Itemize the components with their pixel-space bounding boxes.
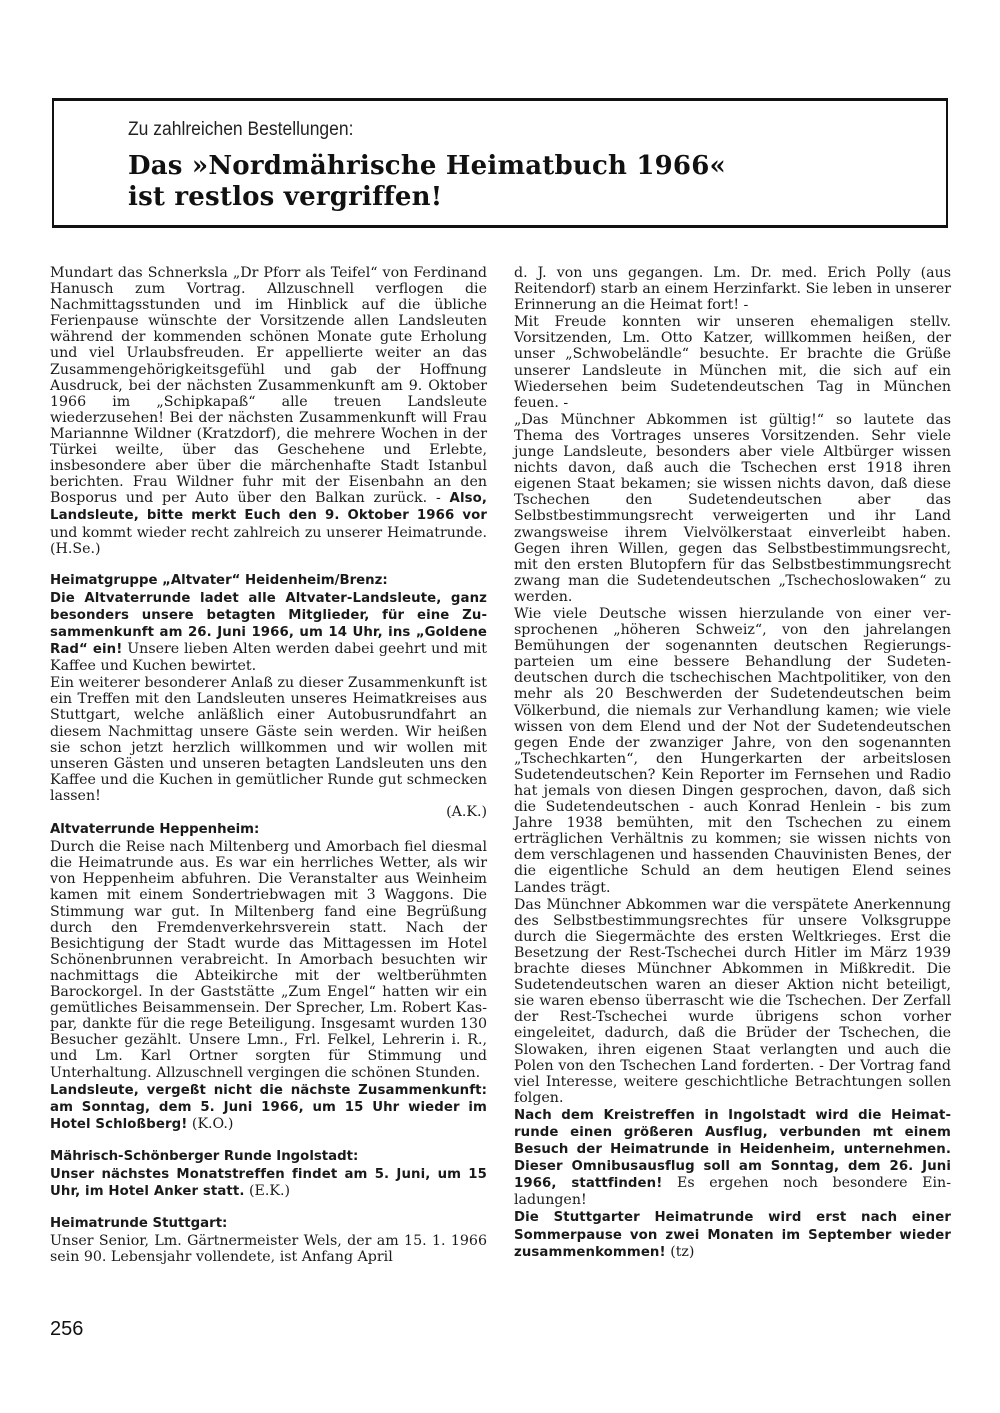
paragraph: Wie viele Deutsche wissen hierzulande vo… (514, 606, 951, 896)
paragraph: Mundart das Schnerksla „Dr Pforr als Tei… (50, 265, 487, 557)
announcement-box: Zu zahlreichen Bestellungen: Das »Nordmä… (52, 98, 948, 228)
left-column: Mundart das Schnerksla „Dr Pforr als Tei… (50, 265, 487, 1266)
announcement-title-line1: Das »Nordmährische Heimatbuch 1966« (128, 151, 726, 182)
right-column: d. J. von uns gegangen. Lm. Dr. med. Eri… (514, 265, 951, 1262)
paragraph: Nach dem Kreistreffen in Ingolstadt wird… (514, 1107, 951, 1209)
paragraph: Unser nächstes Monatstreffen findet am 5… (50, 1166, 487, 1200)
paragraph: Ein weiterer besonderer Anlaß zu dieser … (50, 675, 487, 804)
announcement-title-line2: ist restlos vergriffen! (128, 182, 726, 213)
paragraph: Unser Senior, Lm. Gärtnermeister Wels, d… (50, 1233, 487, 1265)
announcement-title: Das »Nordmährische Heimatbuch 1966« ist … (128, 151, 726, 213)
paragraph: Mit Freude konnten wir unseren ehemalige… (514, 314, 951, 411)
announcement-subtitle: Zu zahlreichen Bestellungen: (128, 119, 353, 141)
page-number: 256 (50, 1318, 83, 1341)
paragraph: Die Altvaterrunde ladet alle Altvater-La… (50, 590, 487, 674)
paragraph: Durch die Reise nach Miltenberg und Amor… (50, 839, 487, 1080)
emphasis-text: Landsleute, vergeßt nicht die nächste Zu… (50, 1083, 487, 1132)
paragraph: Die Stuttgarter Heimatrunde wird erst na… (514, 1209, 951, 1260)
emphasis-text: Die Stuttgarter Heimatrunde wird erst na… (514, 1210, 951, 1259)
author-initials: (A.K.) (50, 804, 487, 820)
paragraph: „Das Münchner Abkommen ist gültig!“ so l… (514, 412, 951, 605)
section-heading: Heimatgruppe „Altvater“ Heidenheim/Brenz… (50, 573, 487, 589)
section-heading: Heimatrunde Stuttgart: (50, 1216, 487, 1232)
paragraph: d. J. von uns gegangen. Lm. Dr. med. Eri… (514, 265, 951, 313)
paragraph: Landsleute, vergeßt nicht die nächste Zu… (50, 1082, 487, 1133)
section-heading: Altvaterrunde Heppenheim: (50, 822, 487, 838)
section-heading: Mährisch-Schönberger Runde Ingolstadt: (50, 1149, 487, 1165)
paragraph: Das Münchner Abkommen war die verspätete… (514, 897, 951, 1106)
newsletter-page: Zu zahlreichen Bestellungen: Das »Nordmä… (0, 0, 1000, 1413)
